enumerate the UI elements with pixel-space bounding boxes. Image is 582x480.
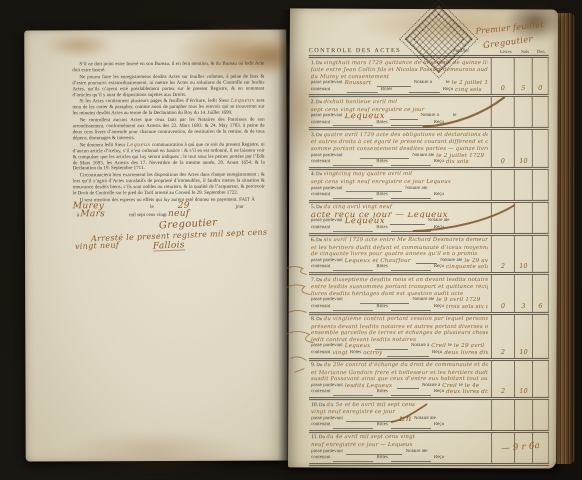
roles-label: Rôles — [376, 120, 387, 127]
contenant-label: contenant — [311, 225, 330, 232]
entry-handwriting: vingthuit mars 1729 quittance de la somm… — [323, 59, 487, 65]
amount-livres: 2 — [491, 361, 514, 397]
printed-text: le — [150, 205, 154, 210]
entry-handwriting: du 29e contrat d’échange du droit de com… — [324, 362, 488, 368]
entry-handwriting: quatre avril 1729 acte des obligations e… — [324, 132, 488, 138]
fait-line-2: à Marsmil sept cens vingt neuf — [73, 211, 265, 219]
roles-value: octroy — [363, 350, 382, 357]
roles-label: Rôles — [381, 87, 392, 94]
recu-label: Reçu — [434, 264, 444, 271]
le-label: le — [424, 449, 428, 456]
column-header-sols: Sols — [517, 49, 534, 54]
amount-livres — [491, 203, 514, 233]
paragraph: Circonstanciera bien exactement les disp… — [73, 173, 265, 197]
le-label: le — [446, 218, 450, 225]
paper-stain — [66, 431, 246, 472]
amount-deniers: 6 — [532, 275, 549, 311]
entry-number: 11. — [311, 435, 318, 441]
entry-number: 5. — [311, 204, 315, 210]
du-label: Du — [316, 172, 322, 177]
roles-label: Rôles — [376, 304, 387, 311]
amount-deniers — [532, 400, 549, 430]
paragraph: S’il ne doit point estre Inseré en son B… — [72, 62, 264, 74]
amount-livres — [491, 97, 514, 127]
recu-value: cinq sols — [455, 87, 486, 94]
entry-number: 3. — [311, 132, 315, 138]
book-scan-scene: S’il ne doit point estre Inseré en son B… — [0, 0, 582, 480]
entry-handwriting: du dixseptième desdits mois et an devant… — [324, 277, 488, 283]
contenant-value: vingt — [332, 350, 347, 357]
signature-block: Gregoutier Arresté le present registre m… — [73, 221, 265, 251]
paper-stain — [44, 32, 114, 58]
contenant-label: contenant — [311, 422, 330, 429]
recu-value: dix sols — [446, 159, 486, 166]
gutter-scribbles-icon — [280, 260, 323, 380]
recu-label: Reçu — [434, 455, 444, 462]
amount-deniers — [532, 235, 549, 271]
register-entry-1: 1.Du vingthuit mars 1729 quittance de la… — [309, 58, 549, 98]
table-title: CONTROLE DES ACTES — [309, 47, 401, 54]
amount-livres: 0 — [491, 275, 514, 311]
register-entry-7: 7.Du du dixseptième desdits mois et an d… — [309, 275, 549, 315]
contenant-label: contenant — [311, 455, 330, 462]
printed-text: jour — [236, 205, 244, 210]
register-entry-3: 3.Du quatre avril 1729 acte des obligati… — [309, 130, 549, 170]
notaire-label: Notaire à — [405, 186, 423, 193]
entry-handwriting: entre lesdits susnommés portant transpor… — [311, 284, 488, 291]
amount-sols — [514, 97, 532, 127]
paragraph: Ne donnera ledit Sieur Lequeux communica… — [73, 142, 265, 172]
register-entry-2: 2.Du dixhuit banlieue avril mil sept cen… — [309, 97, 549, 130]
roles-label: Rôles — [350, 350, 361, 357]
contenant-label: contenant — [311, 87, 330, 94]
entry-handwriting: ensemble parcelles de terres et échanges… — [311, 330, 488, 337]
recu-label: Reçu — [434, 422, 444, 429]
printed-text: mil sept cens vingt — [129, 213, 167, 218]
register-entry-4: 4.Du vingtcinq may quatre avril mil sept… — [309, 170, 549, 203]
entry-number: 4. — [311, 171, 315, 177]
recu-value: trois sols six deniers — [446, 304, 486, 311]
roles-label: Rôles — [376, 264, 387, 271]
du-label: Du — [316, 133, 322, 138]
amount-deniers — [532, 97, 549, 127]
amount-sols — [514, 170, 532, 200]
paragraph: Si les Actes contiennent plusieurs pages… — [72, 99, 264, 117]
paragraph: Ne pourra faire les enregistremens desdi… — [72, 74, 264, 98]
amount-deniers — [532, 130, 549, 166]
right-page: Premier feuillet Gregoutier CONTROLE DES… — [288, 8, 558, 468]
amount-sols: 10 — [514, 130, 532, 166]
register-entry-5: 5.Du du cinq avril vingt neuf acte reçu … — [309, 203, 549, 236]
recu-label: Reçu — [443, 87, 453, 94]
column-header-livres: Livres — [495, 49, 517, 54]
entry-handwriting: dixhuit banlieue avril mil — [323, 99, 397, 105]
roles-label: Rôles — [376, 192, 387, 199]
handwritten-name: Lequeux — [127, 142, 151, 148]
le-label: le — [424, 186, 428, 193]
amount-sols: 10 — [514, 314, 532, 357]
roles-label: Rôles — [377, 455, 388, 462]
signature: Gregoutier — [159, 220, 218, 229]
du-label: Du — [316, 238, 322, 243]
amount-livres: 0 — [491, 58, 514, 94]
amount-sols: 10 — [514, 235, 532, 271]
recu-label: Reçu — [434, 304, 444, 311]
entry-handwriting: vingtcinq may quatre avril mil — [324, 171, 413, 177]
notaire-label: Notaire à — [412, 297, 430, 304]
du-label: Du — [316, 100, 322, 105]
notaire-label: Notaire à — [411, 343, 429, 350]
du-label: Du — [319, 436, 325, 441]
amount-sols: 5 — [514, 58, 532, 94]
amount-sols — [514, 203, 532, 233]
recu-label: Reçu — [434, 225, 444, 232]
entry-number: 2. — [311, 99, 315, 105]
amount-livres — [491, 170, 514, 200]
top-handwritten-notes: Premier feuillet Gregoutier — [474, 14, 545, 51]
printed-regulations-text: S’il ne doit point estre Inseré en son B… — [72, 62, 265, 252]
controle-des-actes-table: CONTROLE DES ACTES Feuillet Livres Sols … — [309, 47, 549, 466]
register-entry-9: 9.Du du 29e contrat d’échange du droit d… — [309, 360, 549, 400]
entry-number: 6. — [311, 237, 315, 243]
roles-label: Rôles — [376, 225, 387, 232]
printed-text: à — [77, 213, 79, 218]
signature: Fallois — [153, 244, 185, 252]
le-label: le — [453, 113, 457, 120]
entry-number: 1. — [311, 60, 315, 66]
printed-text: Si les Actes contiennent plusieurs pages… — [79, 99, 229, 105]
contenant-label: contenant — [311, 390, 330, 397]
left-page: S’il ne doit point estre Inseré en son B… — [24, 30, 288, 462]
amount-livres — [491, 400, 514, 430]
recu-label: Reçu — [434, 120, 444, 127]
roles-label: Rôles — [376, 422, 387, 429]
printed-text: Ne donnera ledit Sieur — [80, 143, 126, 148]
recu-value: cinquante sols — [446, 264, 486, 271]
handwritten-year: neuf — [168, 209, 189, 219]
amount-deniers — [532, 170, 549, 200]
entry-handwriting: du 4e avril mil sept cens vingt — [326, 434, 415, 440]
notary-name: En — [399, 416, 412, 423]
contenant-label: contenant — [311, 120, 330, 127]
entry-handwriting: faite entre Jean Collin fils et Nicolas … — [311, 67, 488, 74]
paragraph: Ne controllera aucuns Actes que ceux fai… — [73, 118, 265, 142]
entry-handwriting: du vingtième contrat portant cession par… — [324, 316, 488, 322]
register-entry-10: 10.Du du 5e et 6e avril mil sept cens vi… — [309, 400, 549, 433]
amount-deniers: 0 — [532, 58, 549, 94]
entry-number: 10. — [311, 402, 318, 408]
notaire-label: Notaire à — [412, 153, 430, 160]
amount-deniers — [532, 360, 549, 396]
amount-sols — [514, 400, 532, 430]
contenant-label: contenant — [311, 159, 330, 166]
recu-value: deux livres dix sols — [446, 389, 486, 396]
column-header-den: Den. — [534, 49, 549, 54]
register-entry-8: 8.Du du vingtième contrat portant cessio… — [309, 314, 549, 360]
recu-label: Reçu — [434, 389, 444, 396]
amount-deniers — [532, 203, 549, 233]
register-entry-6: 6.Du six avril 1729 acte entre Me Richar… — [309, 235, 549, 275]
roles-label: Rôles — [376, 389, 387, 396]
amount-livres: 2 — [491, 236, 514, 272]
handwritten-note: vingt neuf — [75, 243, 119, 251]
recu-label: Reçu — [432, 350, 442, 357]
du-label: Du — [316, 61, 322, 66]
amount-sols: 10 — [514, 360, 532, 396]
notaire-label: Notaire à — [414, 416, 432, 423]
contenant-label: contenant — [311, 192, 330, 199]
entry-handwriting: du cinq avril vingt neuf — [324, 204, 393, 210]
entry-handwriting: du 5e et 6e avril mil sept cens — [327, 402, 416, 408]
amount-livres: 2 — [491, 314, 514, 357]
notaire-label: Notaire à — [414, 80, 432, 87]
printed-text: Il sera mention des especes ou effets qu… — [80, 198, 255, 204]
du-label: Du — [316, 205, 322, 210]
handwritten-name: Lequeux — [231, 98, 255, 104]
amount-livres: 0 — [491, 130, 514, 166]
entry-handwriting: six avril 1729 acte entre Me Richard Des… — [324, 237, 488, 243]
notaire-label: Notaire à — [405, 449, 423, 456]
roles-label: Rôles — [376, 159, 387, 166]
handwritten-month: Mars — [80, 209, 105, 219]
amount-deniers — [532, 314, 549, 357]
amount-sols: 3 — [514, 275, 532, 311]
du-label: Du — [319, 403, 325, 408]
recu-label: Reçu — [434, 192, 444, 199]
notary-name: Roussart — [345, 80, 372, 87]
recu-label: Reçu — [434, 159, 444, 166]
recu-value: deux livres dix sols — [444, 350, 486, 357]
